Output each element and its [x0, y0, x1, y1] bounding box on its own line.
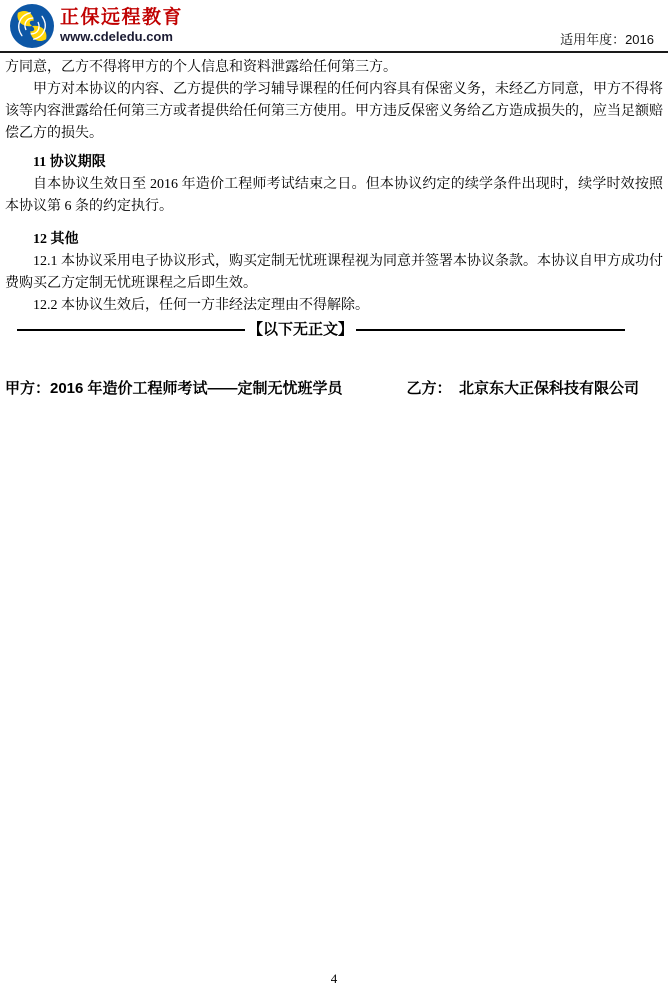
page-number: 4: [331, 971, 338, 986]
brand-text: 正保远程教育 www.cdeledu.com: [60, 8, 183, 45]
section-12-item-2: 12.2 本协议生效后，任何一方非经法定理由不得解除。: [5, 295, 663, 317]
paragraph-continuation: 方同意，乙方不得将甲方的个人信息和资料泄露给任何第三方。: [5, 57, 663, 79]
end-of-text-marker: 【以下无正文】: [5, 319, 663, 341]
brand-name: 正保远程教育: [60, 8, 183, 29]
page-header: 正保远程教育 www.cdeledu.com 适用年度：2016: [0, 0, 668, 53]
marker-dash-left: [17, 329, 245, 331]
brand-logo-icon: [10, 4, 54, 48]
document-page: 正保远程教育 www.cdeledu.com 适用年度：2016 方同意，乙方不…: [0, 0, 668, 1000]
brand-url: www.cdeledu.com: [60, 30, 183, 44]
applicable-year-label: 适用年度：2016: [560, 29, 654, 49]
paragraph-confidentiality: 甲方对本协议的内容、乙方提供的学习辅导课程的任何内容具有保密义务，未经乙方同意，…: [5, 79, 663, 145]
document-body: 方同意，乙方不得将甲方的个人信息和资料泄露给任何第三方。 甲方对本协议的内容、乙…: [0, 53, 668, 400]
section-12-item-1: 12.1 本协议采用电子协议形式，购买定制无忧班课程视为同意并签署本协议条款。本…: [5, 251, 663, 295]
page-footer: 4: [0, 971, 668, 987]
section-12-heading: 12 其他: [5, 229, 663, 251]
section-11-text: 自本协议生效日至 2016 年造价工程师考试结束之日。但本协议约定的续学条件出现…: [5, 174, 663, 218]
party-a-signature: 甲方：2016 年造价工程师考试——定制无忧班学员: [5, 378, 343, 400]
signature-row: 甲方：2016 年造价工程师考试——定制无忧班学员 乙方： 北京东大正保科技有限…: [5, 378, 663, 400]
brand: 正保远程教育 www.cdeledu.com: [10, 0, 183, 48]
marker-dash-right: [356, 329, 625, 331]
end-of-text-label: 【以下无正文】: [245, 319, 356, 341]
party-b-signature: 乙方： 北京东大正保科技有限公司: [406, 378, 639, 400]
section-11-heading: 11 协议期限: [5, 152, 663, 174]
